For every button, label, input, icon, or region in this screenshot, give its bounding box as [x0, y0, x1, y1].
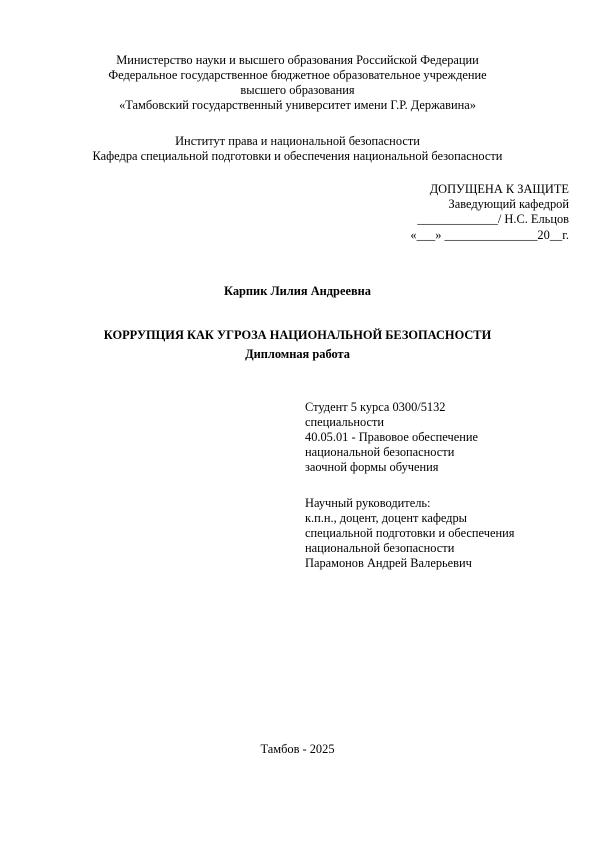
student-info-line: заочной формы обучения — [305, 460, 438, 475]
approval-role: Заведующий кафедрой — [449, 197, 570, 212]
supervisor-info-line: Парамонов Андрей Валерьевич — [305, 556, 472, 571]
header-institution-type: Федеральное государственное бюджетное об… — [0, 68, 595, 83]
header-ministry: Министерство науки и высшего образования… — [0, 53, 595, 68]
supervisor-info-line: специальной подготовки и обеспечения — [305, 526, 514, 541]
institute-name: Институт права и национальной безопаснос… — [0, 134, 595, 149]
footer-city-year: Тамбов - 2025 — [0, 742, 595, 757]
supervisor-info-line: Научный руководитель: — [305, 496, 430, 511]
author-name: Карпик Лилия Андреевна — [0, 284, 595, 299]
department-name: Кафедра специальной подготовки и обеспеч… — [0, 149, 595, 164]
approval-date: «___» _______________20__г. — [410, 228, 569, 243]
student-info-line: специальности — [305, 415, 384, 430]
student-info-line: национальной безопасности — [305, 445, 454, 460]
supervisor-info-line: национальной безопасности — [305, 541, 454, 556]
student-info-line: 40.05.01 - Правовое обеспечение — [305, 430, 478, 445]
approval-signature: _____________/ Н.С. Ельцов — [417, 212, 569, 227]
thesis-title: КОРРУПЦИЯ КАК УГРОЗА НАЦИОНАЛЬНОЙ БЕЗОПА… — [0, 328, 595, 343]
thesis-type: Дипломная работа — [0, 347, 595, 362]
header-education-level: высшего образования — [0, 83, 595, 98]
header-university-name: «Тамбовский государственный университет … — [0, 98, 595, 113]
supervisor-info-line: к.п.н., доцент, доцент кафедры — [305, 511, 467, 526]
student-info-line: Студент 5 курса 0300/5132 — [305, 400, 446, 415]
approval-title: ДОПУЩЕНА К ЗАЩИТЕ — [430, 182, 569, 197]
